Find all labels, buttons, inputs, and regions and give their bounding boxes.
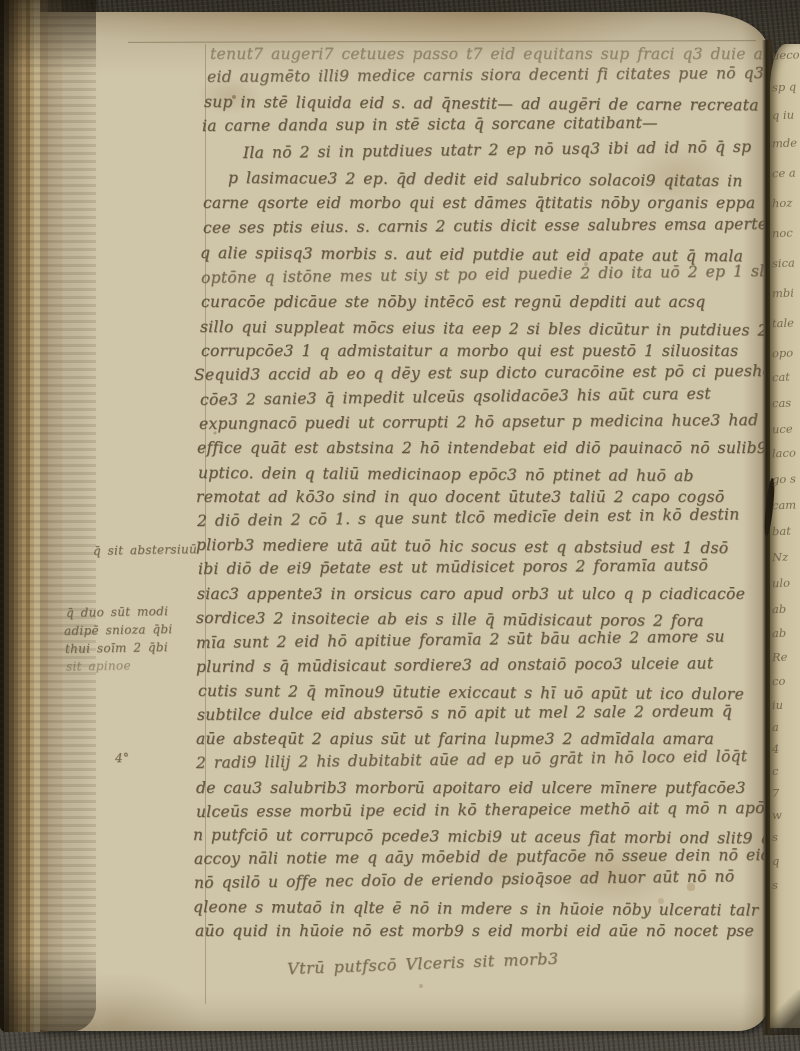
- next-page-text-fragment: ab: [772, 604, 787, 616]
- next-page-text-fragment: bat: [772, 526, 791, 538]
- next-page-text-fragment: s: [772, 832, 778, 844]
- next-page-text-fragment: opo: [772, 348, 794, 360]
- next-page-text-fragment: ulo: [772, 578, 790, 590]
- next-page-text-fragment: tale: [772, 318, 794, 330]
- next-page-text-fragment: noc: [772, 228, 793, 240]
- next-page-text-fragment: iu: [772, 700, 783, 712]
- next-page-text-fragment: 7: [772, 788, 780, 800]
- next-page-text-fragment: ueco: [772, 50, 800, 62]
- next-page-text-fragment: 4: [772, 744, 780, 756]
- next-page-text-fragment: cam: [772, 500, 797, 512]
- next-page-text-fragment: mde: [772, 138, 797, 150]
- next-page-text-fragment: ce a: [772, 168, 796, 180]
- next-page-text-fragment: s: [772, 880, 778, 892]
- manuscript-photo: tenut7 augeri7 cetuues passo t7 eid equi…: [0, 0, 800, 1051]
- next-page-text-fragment: sica: [772, 258, 795, 270]
- next-page-text-fragment: w: [772, 810, 782, 822]
- next-page-text-fragment: cas: [772, 398, 792, 410]
- next-page-text-fragment: c: [772, 766, 779, 778]
- next-page-text-fragment: laco: [772, 448, 796, 460]
- next-page-text-fragment: q iu: [772, 110, 794, 122]
- next-page-text-fragment: Re: [772, 652, 788, 664]
- next-page-text-fragment: co: [772, 676, 786, 688]
- next-page-text-fragment: cat: [772, 372, 790, 384]
- next-page-text-fragment: Nz: [772, 552, 789, 564]
- next-page-text-fragment: hoz: [772, 198, 793, 210]
- next-page-text-layer: uecosp qq iumdece ahoznocsicambitaleopoc…: [0, 0, 800, 1051]
- next-page-text-fragment: ab: [772, 628, 787, 640]
- next-page-text-fragment: q: [772, 856, 780, 868]
- next-page-text-fragment: mbi: [772, 288, 794, 300]
- next-page-text-fragment: go s: [772, 474, 796, 486]
- next-page-text-fragment: uce: [772, 424, 793, 436]
- next-page-text-fragment: a: [772, 722, 779, 734]
- next-page-text-fragment: sp q: [772, 82, 797, 94]
